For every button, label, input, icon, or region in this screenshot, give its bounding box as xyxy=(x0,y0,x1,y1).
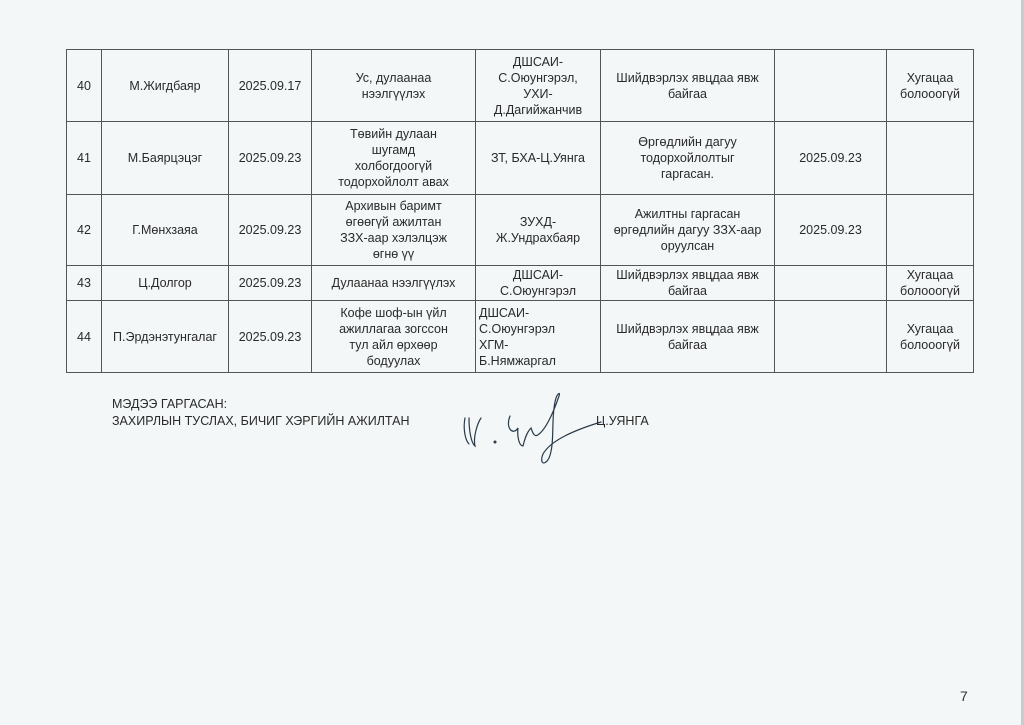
request-date-cell: 2025.09.23 xyxy=(229,266,312,301)
responsible-officer-line: С.Оюунгэрэл xyxy=(479,321,597,337)
status-note-line: болооогүй xyxy=(890,283,970,299)
action-taken-line: Шийдвэрлэх явцдаа явж xyxy=(604,70,771,86)
status-note-line: Хугацаа xyxy=(890,321,970,337)
request-content-line: тул айл өрхөөр xyxy=(315,337,472,353)
action-taken-cell: Шийдвэрлэх явцдаа явжбайгаа xyxy=(601,50,775,122)
action-taken-line: байгаа xyxy=(604,86,771,102)
responsible-officer-cell: ЗУХД-Ж.Ундрахбаяр xyxy=(476,195,601,266)
action-taken-line: гаргасан. xyxy=(604,166,771,182)
status-note-cell: Хугацааболооогүй xyxy=(887,50,974,122)
request-content-line: Ус, дулаанаа xyxy=(315,70,472,86)
citizen-name-cell: Ц.Долгор xyxy=(102,266,229,301)
action-taken-line: Шийдвэрлэх явцдаа явж xyxy=(604,321,771,337)
responsible-officer-line: ЗУХД- xyxy=(479,214,597,230)
signer-name: Ц.УЯНГА xyxy=(596,413,649,430)
table-row: 42Г.Мөнхзаяа2025.09.23Архивын баримтөгөө… xyxy=(67,195,974,266)
action-taken-line: байгаа xyxy=(604,283,771,299)
citizen-name-cell: П.Эрдэнэтунгалаг xyxy=(102,301,229,373)
request-content-cell: Дулаанаа нээлгүүлэх xyxy=(312,266,476,301)
page-number: 7 xyxy=(960,688,968,704)
status-note-cell: Хугацааболооогүй xyxy=(887,266,974,301)
row-number-cell: 40 xyxy=(67,50,102,122)
resolved-date-cell xyxy=(775,50,887,122)
table-row: 43Ц.Долгор2025.09.23Дулаанаа нээлгүүлэхД… xyxy=(67,266,974,301)
footer-block: МЭДЭЭ ГАРГАСАН: ЗАХИРЛЫН ТУСЛАХ, БИЧИГ Х… xyxy=(112,396,410,430)
request-content-line: холбогдоогүй xyxy=(315,158,472,174)
responsible-officer-line: ХГМ- xyxy=(479,337,597,353)
responsible-officer-line: УХИ- xyxy=(479,86,597,102)
request-content-line: шугамд xyxy=(315,142,472,158)
resolved-date-cell xyxy=(775,266,887,301)
citizen-name-cell: М.Жигдбаяр xyxy=(102,50,229,122)
citizen-name-cell: М.Баярцэцэг xyxy=(102,122,229,195)
responsible-officer-line: Б.Нямжаргал xyxy=(479,353,597,369)
request-content-line: өгөөгүй ажилтан xyxy=(315,214,472,230)
table-row: 40М.Жигдбаяр2025.09.17Ус, дулаанаанээлгү… xyxy=(67,50,974,122)
request-content-line: Дулаанаа нээлгүүлэх xyxy=(315,275,472,291)
row-number-cell: 41 xyxy=(67,122,102,195)
citizen-name-cell: Г.Мөнхзаяа xyxy=(102,195,229,266)
responsible-officer-line: ДШСАИ- xyxy=(479,267,597,283)
request-content-line: Архивын баримт xyxy=(315,198,472,214)
responsible-officer-line: Д.Дагийжанчив xyxy=(479,102,597,118)
request-content-line: бодуулах xyxy=(315,353,472,369)
request-content-cell: Архивын баримтөгөөгүй ажилтанЗЗХ-аар хэл… xyxy=(312,195,476,266)
action-taken-line: Шийдвэрлэх явцдаа явж xyxy=(604,267,771,283)
request-content-cell: Ус, дулаанаанээлгүүлэх xyxy=(312,50,476,122)
responsible-officer-cell: ДШСАИ-С.Оюунгэрэл,УХИ-Д.Дагийжанчив xyxy=(476,50,601,122)
responsible-officer-line: ДШСАИ- xyxy=(479,305,597,321)
table-row: 44П.Эрдэнэтунгалаг2025.09.23Кофе шоф-ын … xyxy=(67,301,974,373)
request-content-line: нээлгүүлэх xyxy=(315,86,472,102)
resolved-date-cell: 2025.09.23 xyxy=(775,195,887,266)
row-number-cell: 42 xyxy=(67,195,102,266)
request-content-line: ажиллагаа зогссон xyxy=(315,321,472,337)
responsible-officer-cell: ДШСАИ-С.ОюунгэрэлХГМ-Б.Нямжаргал xyxy=(476,301,601,373)
request-content-cell: Кофе шоф-ын үйлажиллагаа зогссонтул айл … xyxy=(312,301,476,373)
request-date-cell: 2025.09.23 xyxy=(229,195,312,266)
responsible-officer-line: С.Оюунгэрэл, xyxy=(479,70,597,86)
action-taken-line: Өргөдлийн дагуу xyxy=(604,134,771,150)
action-taken-line: байгаа xyxy=(604,337,771,353)
request-date-cell: 2025.09.17 xyxy=(229,50,312,122)
status-note-line: болооогүй xyxy=(890,86,970,102)
resolved-date-cell xyxy=(775,301,887,373)
responsible-officer-line: ЗТ, БХА-Ц.Уянга xyxy=(479,150,597,166)
action-taken-cell: Шийдвэрлэх явцдаа явжбайгаа xyxy=(601,301,775,373)
request-content-line: Кофе шоф-ын үйл xyxy=(315,305,472,321)
responsible-officer-line: ДШСАИ- xyxy=(479,54,597,70)
status-note-line: болооогүй xyxy=(890,337,970,353)
action-taken-line: Ажилтны гаргасан xyxy=(604,206,771,222)
action-taken-cell: Ажилтны гаргасанөргөдлийн дагуу ЗЗХ-ааро… xyxy=(601,195,775,266)
action-taken-line: тодорхойлолтыг xyxy=(604,150,771,166)
footer-position: ЗАХИРЛЫН ТУСЛАХ, БИЧИГ ХЭРГИЙН АЖИЛТАН xyxy=(112,413,410,430)
footer-label: МЭДЭЭ ГАРГАСАН: xyxy=(112,396,410,413)
action-taken-cell: Шийдвэрлэх явцдаа явжбайгаа xyxy=(601,266,775,301)
status-note-line: Хугацаа xyxy=(890,70,970,86)
row-number-cell: 44 xyxy=(67,301,102,373)
responsible-officer-cell: ДШСАИ-С.Оюунгэрэл xyxy=(476,266,601,301)
request-content-line: өгнө үү xyxy=(315,246,472,262)
row-number-cell: 43 xyxy=(67,266,102,301)
responsible-officer-line: Ж.Ундрахбаяр xyxy=(479,230,597,246)
status-note-cell: Хугацааболооогүй xyxy=(887,301,974,373)
request-date-cell: 2025.09.23 xyxy=(229,301,312,373)
request-date-cell: 2025.09.23 xyxy=(229,122,312,195)
request-content-cell: Төвийн дулааншугамдхолбогдоогүйтодорхойл… xyxy=(312,122,476,195)
action-taken-line: өргөдлийн дагуу ЗЗХ-аар xyxy=(604,222,771,238)
request-content-line: Төвийн дулаан xyxy=(315,126,472,142)
status-note-cell xyxy=(887,195,974,266)
status-note-line: Хугацаа xyxy=(890,267,970,283)
responsible-officer-cell: ЗТ, БХА-Ц.Уянга xyxy=(476,122,601,195)
request-content-line: тодорхойлолт авах xyxy=(315,174,472,190)
report-table: 40М.Жигдбаяр2025.09.17Ус, дулаанаанээлгү… xyxy=(66,49,974,373)
table-body: 40М.Жигдбаяр2025.09.17Ус, дулаанаанээлгү… xyxy=(67,50,974,373)
table-row: 41М.Баярцэцэг2025.09.23Төвийн дулааншуга… xyxy=(67,122,974,195)
action-taken-line: оруулсан xyxy=(604,238,771,254)
action-taken-cell: Өргөдлийн дагуутодорхойлолтыггаргасан. xyxy=(601,122,775,195)
request-content-line: ЗЗХ-аар хэлэлцэж xyxy=(315,230,472,246)
signature-icon xyxy=(455,388,605,468)
responsible-officer-line: С.Оюунгэрэл xyxy=(479,283,597,299)
status-note-cell xyxy=(887,122,974,195)
resolved-date-cell: 2025.09.23 xyxy=(775,122,887,195)
